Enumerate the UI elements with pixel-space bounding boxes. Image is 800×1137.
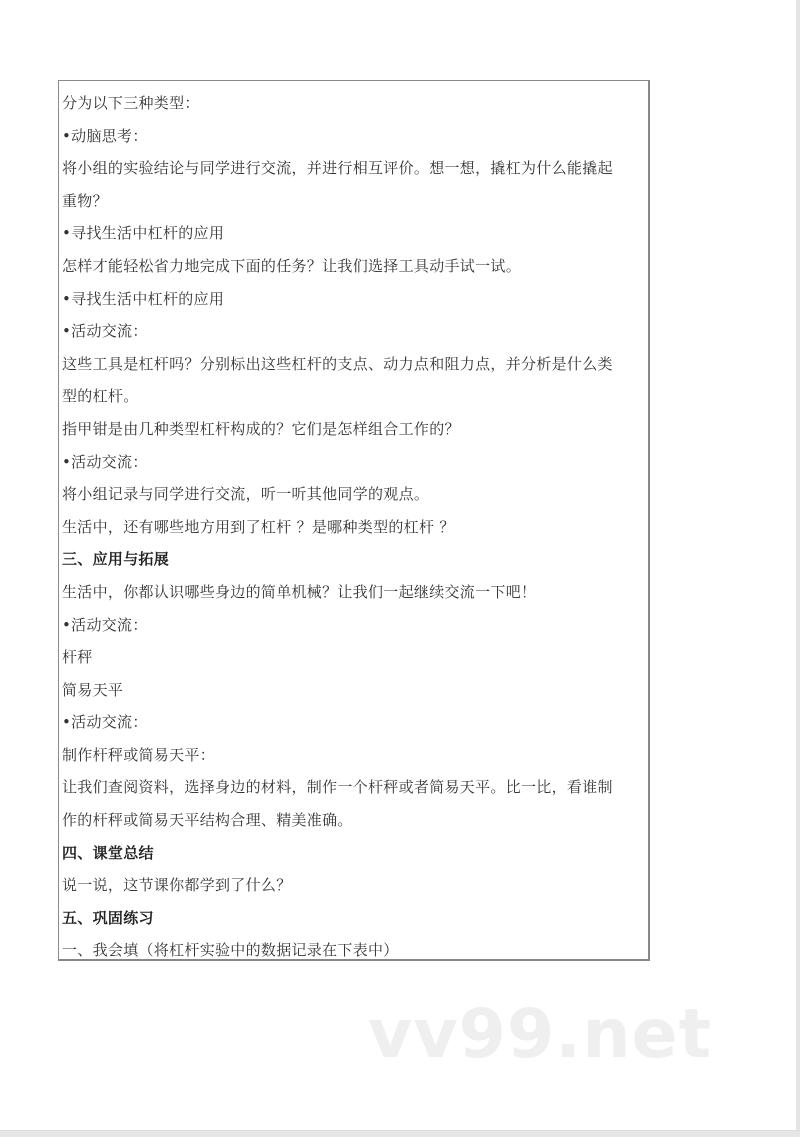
page-edge-bottom <box>0 1130 800 1137</box>
bullet-line: •活动交流： <box>62 706 648 739</box>
text-line: 制作杆秤或简易天平： <box>62 739 648 772</box>
text-line: 说一说，这节课你都学到了什么？ <box>62 869 648 902</box>
bullet-line: •活动交流： <box>62 609 648 642</box>
text-line: 生活中，你都认识哪些身边的简单机械？让我们一起继续交流一下吧！ <box>62 576 648 609</box>
text-line: 分为以下三种类型： <box>62 87 648 120</box>
page-edge-right <box>796 0 800 1137</box>
lesson-content-box: 分为以下三种类型： •动脑思考： 将小组的实验结论与同学进行交流，并进行相互评价… <box>58 80 650 961</box>
text-line: 简易天平 <box>62 674 648 707</box>
section-heading-practice: 五、巩固练习 <box>62 902 648 935</box>
bullet-line: •活动交流： <box>62 315 648 348</box>
text-line: 生活中，还有哪些地方用到了杠杆 ？是哪种类型的杠杆 ？ <box>62 511 648 544</box>
bullet-line: •活动交流： <box>62 446 648 479</box>
text-line: 怎样才能轻松省力地完成下面的任务？让我们选择工具动手试一试。 <box>62 250 648 283</box>
text-line: 作的杆秤或简易天平结构合理、精美准确。 <box>62 804 648 837</box>
text-line: 指甲钳是由几种类型杠杆构成的？它们是怎样组合工作的？ <box>62 413 648 446</box>
text-line: 将小组记录与同学进行交流，听一听其他同学的观点。 <box>62 478 648 511</box>
bullet-line: •寻找生活中杠杆的应用 <box>62 283 648 316</box>
text-line: 重物？ <box>62 185 648 218</box>
section-heading-summary: 四、课堂总结 <box>62 837 648 870</box>
text-line: 一、我会填（将杠杆实验中的数据记录在下表中） <box>62 934 648 967</box>
text-line: 将小组的实验结论与同学进行交流，并进行相互评价。想一想，撬杠为什么能撬起 <box>62 152 648 185</box>
text-line: 型的杠杆。 <box>62 380 648 413</box>
text-line: 让我们查阅资料，选择身边的材料，制作一个杆秤或者简易天平。比一比，看谁制 <box>62 771 648 804</box>
section-heading-application: 三、应用与拓展 <box>62 543 648 576</box>
bullet-line: •动脑思考： <box>62 120 648 153</box>
text-line: 杆秤 <box>62 641 648 674</box>
bullet-line: •寻找生活中杠杆的应用 <box>62 217 648 250</box>
text-line: 这些工具是杠杆吗？分别标出这些杠杆的支点、动力点和阻力点，并分析是什么类 <box>62 348 648 381</box>
watermark: vv99.net <box>368 995 712 1074</box>
